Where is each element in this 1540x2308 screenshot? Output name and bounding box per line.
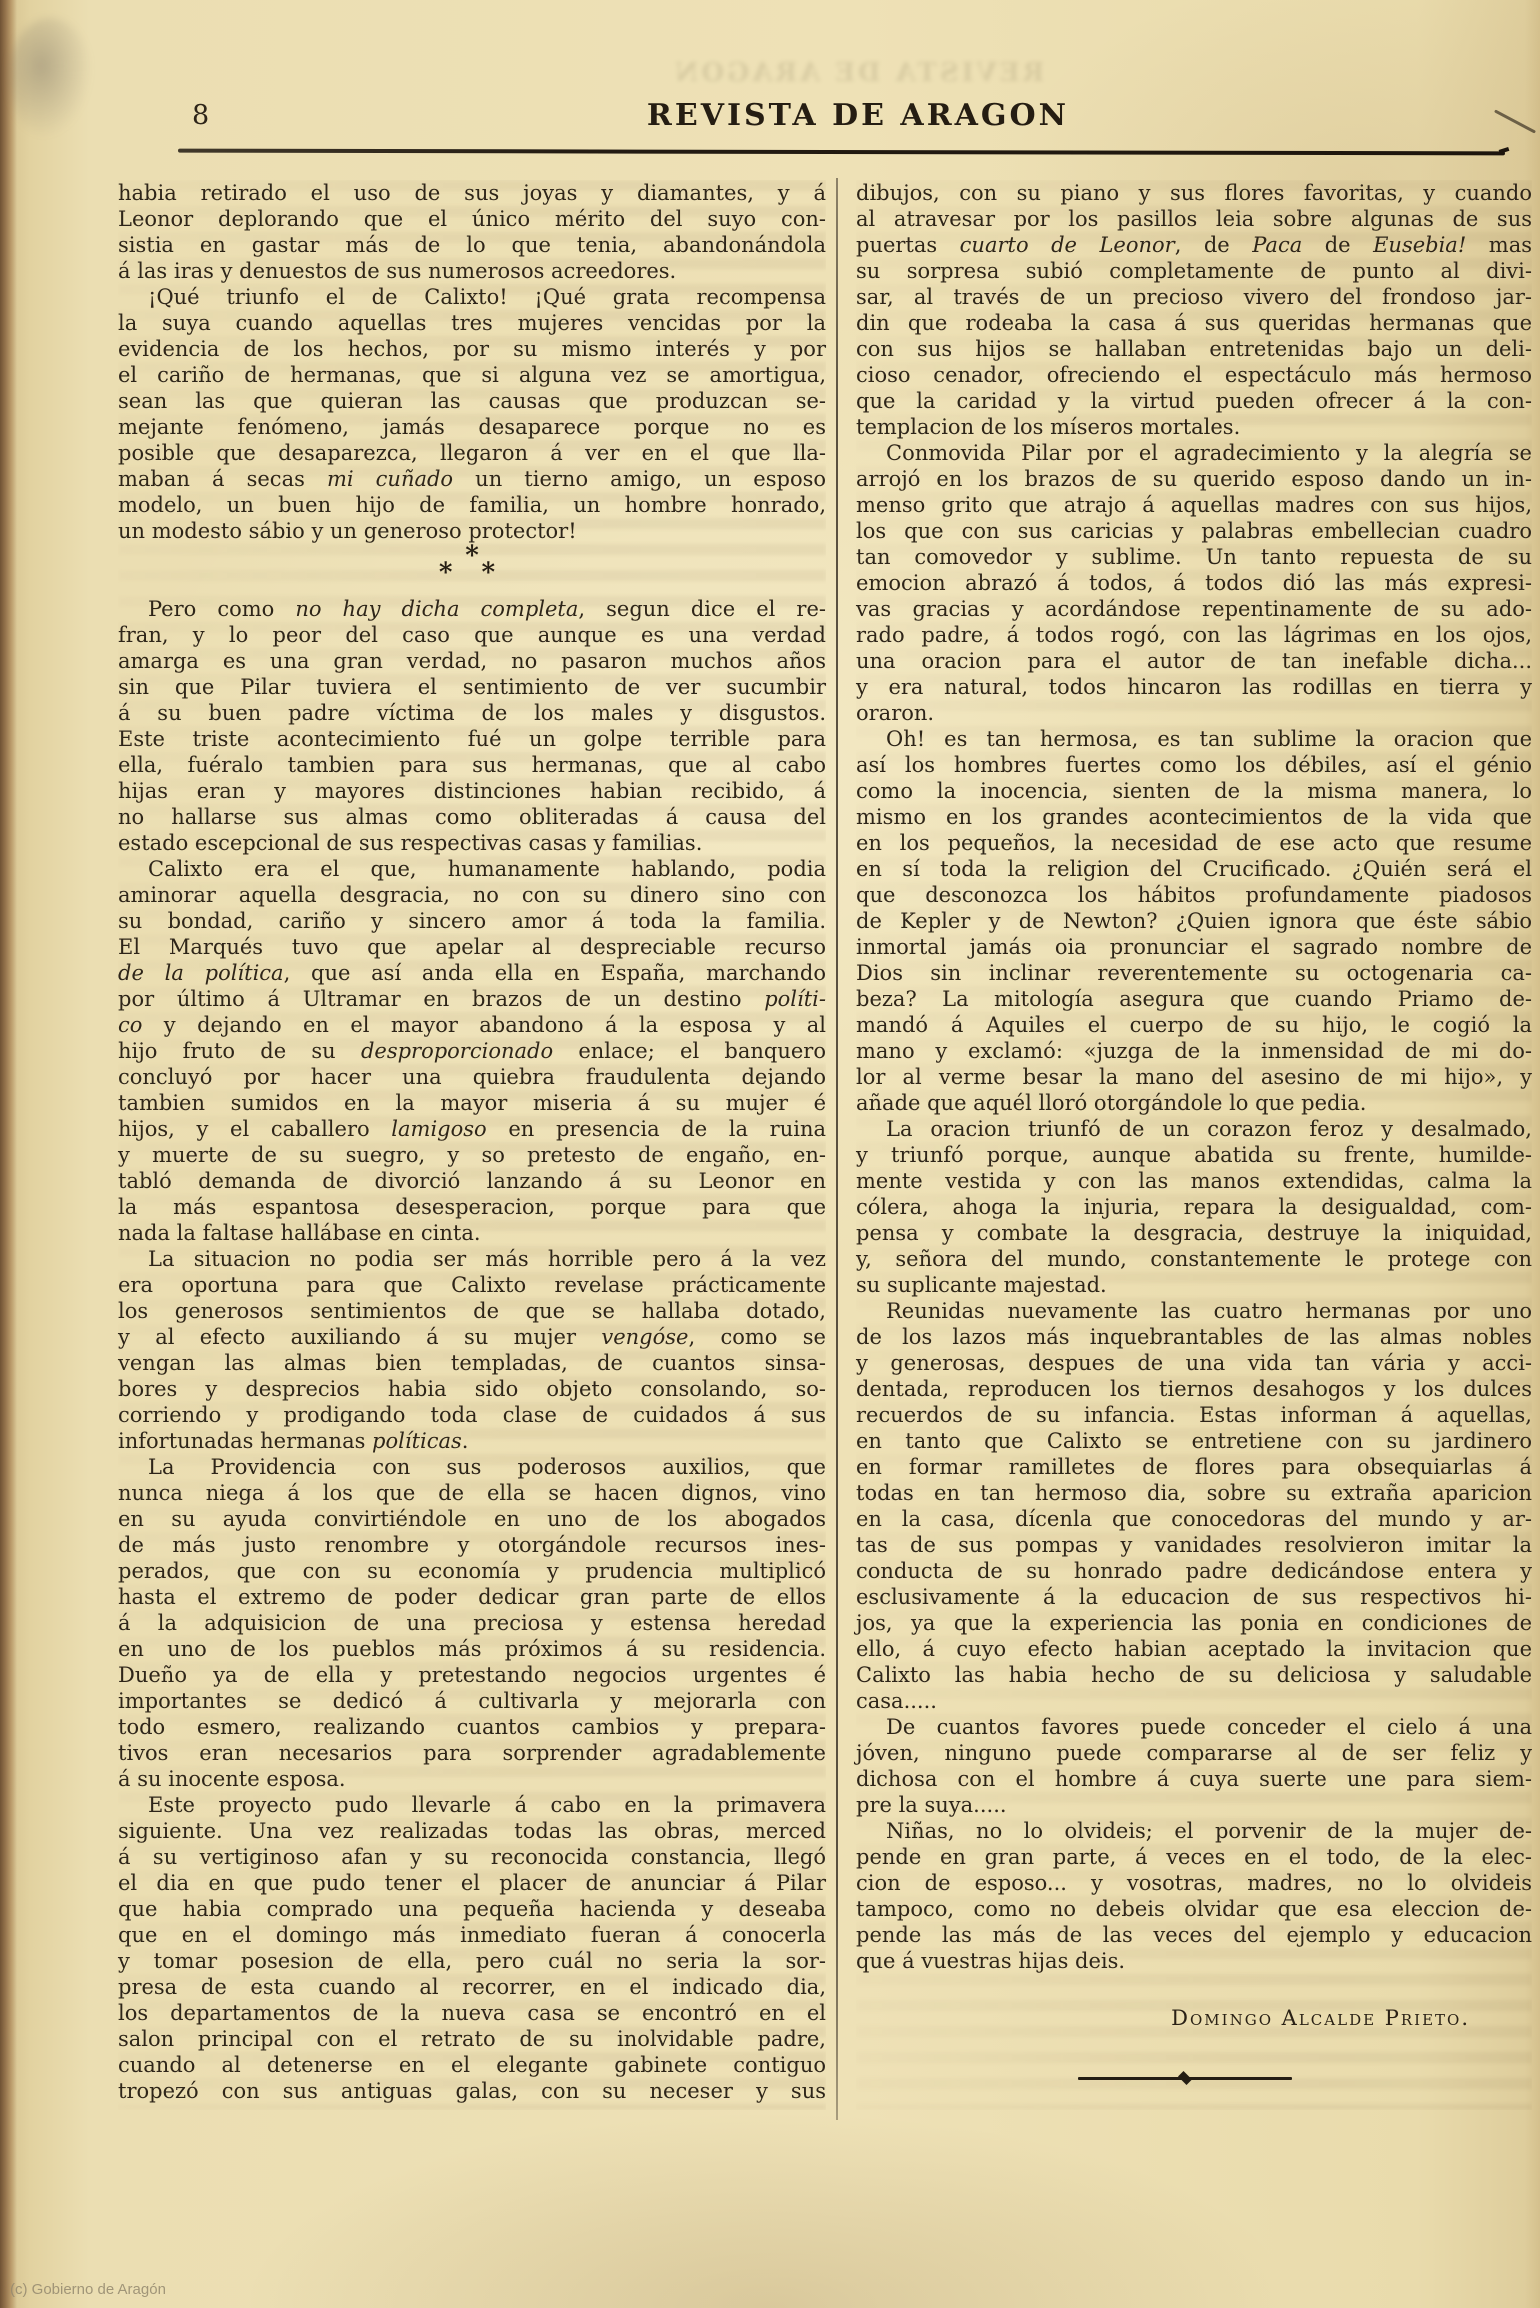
text-line: de más justo renombre y otorgándole recu… bbox=[118, 1532, 826, 1558]
text-line: menso grito que atrajo á aquellas madres… bbox=[856, 492, 1532, 518]
text-line: su suplicante majestad. bbox=[856, 1272, 1532, 1298]
text-line: al atravesar por los pasillos leia sobre… bbox=[856, 206, 1532, 232]
text-line: que á vuestras hijas deis. bbox=[856, 1948, 1532, 1974]
column-divider-rule bbox=[836, 178, 838, 2120]
text-line: mejante fenómeno, jamás desaparece porqu… bbox=[118, 414, 826, 440]
text-line: hasta el extremo de poder dedicar gran p… bbox=[118, 1584, 826, 1610]
text-line: inmortal jamás oia pronunciar el sagrado… bbox=[856, 934, 1532, 960]
text-line: cuando al detenerse en el elegante gabin… bbox=[118, 2052, 826, 2078]
text-line: hijo fruto de su desproporcionado enlace… bbox=[118, 1038, 826, 1064]
text-line: mandó á Aquiles el cuerpo de su hijo, le… bbox=[856, 1012, 1532, 1038]
text-line: y era natural, todos hincaron las rodill… bbox=[856, 674, 1532, 700]
text-line: su bondad, cariño y sincero amor á toda … bbox=[118, 908, 826, 934]
text-line: dibujos, con su piano y sus flores favor… bbox=[856, 180, 1532, 206]
text-line: emocion abrazó á todos, á todos dió las … bbox=[856, 570, 1532, 596]
text-line: á su buen padre víctima de los males y d… bbox=[118, 700, 826, 726]
text-line: Dueño ya de ella y pretestando negocios … bbox=[118, 1662, 826, 1688]
text-line: presa de esta cuando al recorrer, en el … bbox=[118, 1974, 826, 2000]
text-line: que en el domingo más inmediato fueran á… bbox=[118, 1922, 826, 1948]
text-line: y triunfó porque, aunque abatida su fren… bbox=[856, 1142, 1532, 1168]
text-line: concluyó por hacer una quiebra fraudulen… bbox=[118, 1064, 826, 1090]
text-line: Leonor deplorando que el único mérito de… bbox=[118, 206, 826, 232]
page-left-edge bbox=[0, 0, 17, 2308]
copyright-watermark: (c) Gobierno de Aragón bbox=[10, 2281, 166, 2298]
text-line: que desconozca los hábitos profundamente… bbox=[856, 882, 1532, 908]
text-line: cion de esposo... y vosotras, madres, no… bbox=[856, 1870, 1532, 1896]
text-line: pende en gran parte, á veces en el todo,… bbox=[856, 1844, 1532, 1870]
text-line: era oportuna para que Calixto revelase p… bbox=[118, 1272, 826, 1298]
text-line: mismo en los grandes acontecimientos de … bbox=[856, 804, 1532, 830]
text-line: en formar ramilletes de flores para obse… bbox=[856, 1454, 1532, 1480]
text-line: vas gracias y acordándose repentinamente… bbox=[856, 596, 1532, 622]
text-line: La Providencia con sus poderosos auxilio… bbox=[118, 1454, 826, 1480]
text-line: los que con sus caricias y palabras embe… bbox=[856, 518, 1532, 544]
text-line: sean las que quieran las causas que prod… bbox=[118, 388, 826, 414]
text-line: La situacion no podia ser más horrible p… bbox=[118, 1246, 826, 1272]
text-line: mano y exclamó: «juzga de la inmensidad … bbox=[856, 1038, 1532, 1064]
text-line: tabló demanda de divorció lanzando á su … bbox=[118, 1168, 826, 1194]
text-line: Calixto las habia hecho de su deliciosa … bbox=[856, 1662, 1532, 1688]
text-line: recuerdos de su infancia. Estas informan… bbox=[856, 1402, 1532, 1428]
text-line: habia retirado el uso de sus joyas y dia… bbox=[118, 180, 826, 206]
text-line: y tomar posesion de ella, pero cuál no s… bbox=[118, 1948, 826, 1974]
text-line: siguiente. Una vez realizadas todas las … bbox=[118, 1818, 826, 1844]
text-line: por último á Ultramar en brazos de un de… bbox=[118, 986, 826, 1012]
text-line: una oracion para el autor de tan inefabl… bbox=[856, 648, 1532, 674]
text-line: de la política, que así anda ella en Esp… bbox=[118, 960, 826, 986]
text-line: pensa y combate la desgracia, destruye l… bbox=[856, 1220, 1532, 1246]
text-line: en sí toda la religion del Crucificado. … bbox=[856, 856, 1532, 882]
text-line: todas en tan hermoso dia, sobre su extra… bbox=[856, 1480, 1532, 1506]
text-line: en uno de los pueblos más próximos á su … bbox=[118, 1636, 826, 1662]
text-line: el cariño de hermanas, que si alguna vez… bbox=[118, 362, 826, 388]
text-line: tivos eran necesarios para sorprender ag… bbox=[118, 1740, 826, 1766]
text-line: á las iras y denuestos de sus numerosos … bbox=[118, 258, 826, 284]
text-line: modelo, un buen hijo de familia, un homb… bbox=[118, 492, 826, 518]
text-line: estado escepcional de sus respectivas ca… bbox=[118, 830, 826, 856]
text-line: tan comovedor y sublime. Un tanto repues… bbox=[856, 544, 1532, 570]
text-line: ello, á cuyo efecto habian aceptado la i… bbox=[856, 1636, 1532, 1662]
text-line: cólera, ahoga la injuria, repara la desi… bbox=[856, 1194, 1532, 1220]
text-line: que habia comprado una pequeña hacienda … bbox=[118, 1896, 826, 1922]
text-line: y al efecto auxiliando á su mujer vengós… bbox=[118, 1324, 826, 1350]
text-line: conducta de su honrado padre dedicándose… bbox=[856, 1558, 1532, 1584]
text-line: Niñas, no lo olvideis; el porvenir de la… bbox=[856, 1818, 1532, 1844]
text-line: cioso cenador, ofreciendo el espectáculo… bbox=[856, 362, 1532, 388]
author-signature: Domingo Alcalde Prieto. bbox=[856, 2006, 1532, 2030]
text-line: la más espantosa desesperacion, porque p… bbox=[118, 1194, 826, 1220]
text-line: y generosas, despues de una vida tan vár… bbox=[856, 1350, 1532, 1376]
text-line: en los pequeños, la necesidad de ese act… bbox=[856, 830, 1532, 856]
text-line: así los hombres fuertes como los débiles… bbox=[856, 752, 1532, 778]
text-line: amarga es una gran verdad, no pasaron mu… bbox=[118, 648, 826, 674]
text-line: ella, fuéralo tambien para sus hermanas,… bbox=[118, 752, 826, 778]
page-number: 8 bbox=[192, 100, 209, 131]
text-line: din que rodeaba la casa á sus queridas h… bbox=[856, 310, 1532, 336]
text-line: co y dejando en el mayor abandono á la e… bbox=[118, 1012, 826, 1038]
text-line: sistia en gastar más de lo que tenia, ab… bbox=[118, 232, 826, 258]
article-end-separator bbox=[1078, 2070, 1292, 2086]
text-line: perados, que con su economía y prudencia… bbox=[118, 1558, 826, 1584]
text-line: puertas cuarto de Leonor, de Paca de Eus… bbox=[856, 232, 1532, 258]
text-line: á su vertiginoso afan y su reconocida co… bbox=[118, 1844, 826, 1870]
text-line: Pero como no hay dicha completa, segun d… bbox=[118, 596, 826, 622]
text-line: añade que aquél lloró otorgándole lo que… bbox=[856, 1090, 1532, 1116]
text-line: jóven, ninguno puede compararse al de se… bbox=[856, 1740, 1532, 1766]
text-line: esclusivamente á la educacion de sus res… bbox=[856, 1584, 1532, 1610]
text-line: los generosos sentimientos de que se hal… bbox=[118, 1298, 826, 1324]
text-line: oraron. bbox=[856, 700, 1532, 726]
corner-smudge bbox=[8, 18, 92, 138]
text-line: infortunadas hermanas políticas. bbox=[118, 1428, 826, 1454]
text-column-right: dibujos, con su piano y sus flores favor… bbox=[856, 180, 1532, 2030]
title-bleed-ghost: REVISTA DE ARAGON bbox=[672, 58, 1045, 88]
text-line: salon principal con el retrato de su ino… bbox=[118, 2026, 826, 2052]
text-line: dichosa con el hombre á cuya suerte une … bbox=[856, 1766, 1532, 1792]
text-line: templacion de los míseros mortales. bbox=[856, 414, 1532, 440]
text-line: pre la suya..... bbox=[856, 1792, 1532, 1818]
text-line: en la casa, dícenla que conocedoras del … bbox=[856, 1506, 1532, 1532]
text-line: pende las más de las veces del ejemplo y… bbox=[856, 1922, 1532, 1948]
text-line: maban á secas mi cuñado un tierno amigo,… bbox=[118, 466, 826, 492]
text-line: De cuantos favores puede conceder el cie… bbox=[856, 1714, 1532, 1740]
text-line: y muerte de su suegro, y so pretesto de … bbox=[118, 1142, 826, 1168]
separator-diamond bbox=[1178, 2071, 1192, 2085]
text-line: Reunidas nuevamente las cuatro hermanas … bbox=[856, 1298, 1532, 1324]
text-line: posible que desaparezca, llegaron á ver … bbox=[118, 440, 826, 466]
text-line: todo esmero, realizando cuantos cambios … bbox=[118, 1714, 826, 1740]
text-line: sar, al través de un precioso vivero del… bbox=[856, 284, 1532, 310]
text-line: de los lazos más inquebrantables de las … bbox=[856, 1324, 1532, 1350]
text-line: tropezó con sus antiguas galas, con su n… bbox=[118, 2078, 826, 2104]
text-line: casa..... bbox=[856, 1688, 1532, 1714]
text-line: importantes se dedicó á cultivarla y mej… bbox=[118, 1688, 826, 1714]
text-line: el dia en que pudo tener el placer de an… bbox=[118, 1870, 826, 1896]
text-line: El Marqués tuvo que apelar al despreciab… bbox=[118, 934, 826, 960]
text-line: Conmovida Pilar por el agradecimiento y … bbox=[856, 440, 1532, 466]
text-line: á la adquisicion de una preciosa y esten… bbox=[118, 1610, 826, 1636]
text-line: nunca niega á los que de ella se hacen d… bbox=[118, 1480, 826, 1506]
text-line: como la inocencia, sienten de la misma m… bbox=[856, 778, 1532, 804]
text-line: aminorar aquella desgracia, no con su di… bbox=[118, 882, 826, 908]
text-line: rado padre, á todos rogó, con las lágrim… bbox=[856, 622, 1532, 648]
text-line: que la caridad y la virtud pueden ofrece… bbox=[856, 388, 1532, 414]
text-line: la suya cuando aquellas tres mujeres ven… bbox=[118, 310, 826, 336]
header-rule bbox=[178, 149, 1505, 156]
text-line: Oh! es tan hermosa, es tan sublime la or… bbox=[856, 726, 1532, 752]
text-line: á su inocente esposa. bbox=[118, 1766, 826, 1792]
text-line: hijos, y el caballero lamigoso en presen… bbox=[118, 1116, 826, 1142]
text-line: con sus hijos se hallaban entretenidas b… bbox=[856, 336, 1532, 362]
text-line: sin que Pilar tuviera el sentimiento de … bbox=[118, 674, 826, 700]
text-line: lor al verme besar la mano del asesino d… bbox=[856, 1064, 1532, 1090]
page-title: REVISTA DE ARAGON bbox=[647, 98, 1069, 133]
text-line: fran, y lo peor del caso que aunque es u… bbox=[118, 622, 826, 648]
text-line: de Kepler y de Newton? ¿Quien ignora que… bbox=[856, 908, 1532, 934]
scanned-magazine-page: REVISTA DE ARAGON 8 REVISTA DE ARAGON ha… bbox=[0, 0, 1540, 2308]
text-line: tambien sumidos en la mayor miseria á su… bbox=[118, 1090, 826, 1116]
text-line: mente vestida y con las manos extendidas… bbox=[856, 1168, 1532, 1194]
text-line: en tanto que Calixto se entretiene con s… bbox=[856, 1428, 1532, 1454]
text-line: en su ayuda convirtiéndole en uno de los… bbox=[118, 1506, 826, 1532]
text-line: tas de sus pompas y vanidades resolviero… bbox=[856, 1532, 1532, 1558]
text-line: y, señora del mundo, constantemente le p… bbox=[856, 1246, 1532, 1272]
text-line: vengan las almas bien templadas, de cuan… bbox=[118, 1350, 826, 1376]
text-line: hijas eran y mayores distinciones habian… bbox=[118, 778, 826, 804]
text-line: Este triste acontecimiento fué un golpe … bbox=[118, 726, 826, 752]
text-line: no hallarse sus almas como obliteradas á… bbox=[118, 804, 826, 830]
text-line: evidencia de los hechos, por su mismo in… bbox=[118, 336, 826, 362]
text-column-left: habia retirado el uso de sus joyas y dia… bbox=[118, 180, 826, 2104]
text-line: arrojó en los brazos de su querido espos… bbox=[856, 466, 1532, 492]
text-line: su sorpresa subió completamente de punto… bbox=[856, 258, 1532, 284]
text-line: nada la faltase hallábase en cinta. bbox=[118, 1220, 826, 1246]
text-line: corriendo y prodigando toda clase de cui… bbox=[118, 1402, 826, 1428]
text-line: dentada, reproducen los tiernos desahogo… bbox=[856, 1376, 1532, 1402]
text-line: los departamentos de la nueva casa se en… bbox=[118, 2000, 826, 2026]
text-line: beza? La mitología asegura que cuando Pr… bbox=[856, 986, 1532, 1012]
text-line: ¡Qué triunfo el de Calixto! ¡Qué grata r… bbox=[118, 284, 826, 310]
text-line: Dios sin inclinar reverentemente su octo… bbox=[856, 960, 1532, 986]
text-line: Calixto era el que, humanamente hablando… bbox=[118, 856, 826, 882]
scratch-mark bbox=[1494, 109, 1536, 133]
text-line: jos, ya que la experiencia las ponia en … bbox=[856, 1610, 1532, 1636]
text-line: La oracion triunfó de un corazon feroz y… bbox=[856, 1116, 1532, 1142]
text-line: Este proyecto pudo llevarle á cabo en la… bbox=[118, 1792, 826, 1818]
asterism-divider: ** * bbox=[118, 544, 826, 596]
text-line: bores y desprecios habia sido objeto con… bbox=[118, 1376, 826, 1402]
text-line: tampoco, como no debeis olvidar que esa … bbox=[856, 1896, 1532, 1922]
